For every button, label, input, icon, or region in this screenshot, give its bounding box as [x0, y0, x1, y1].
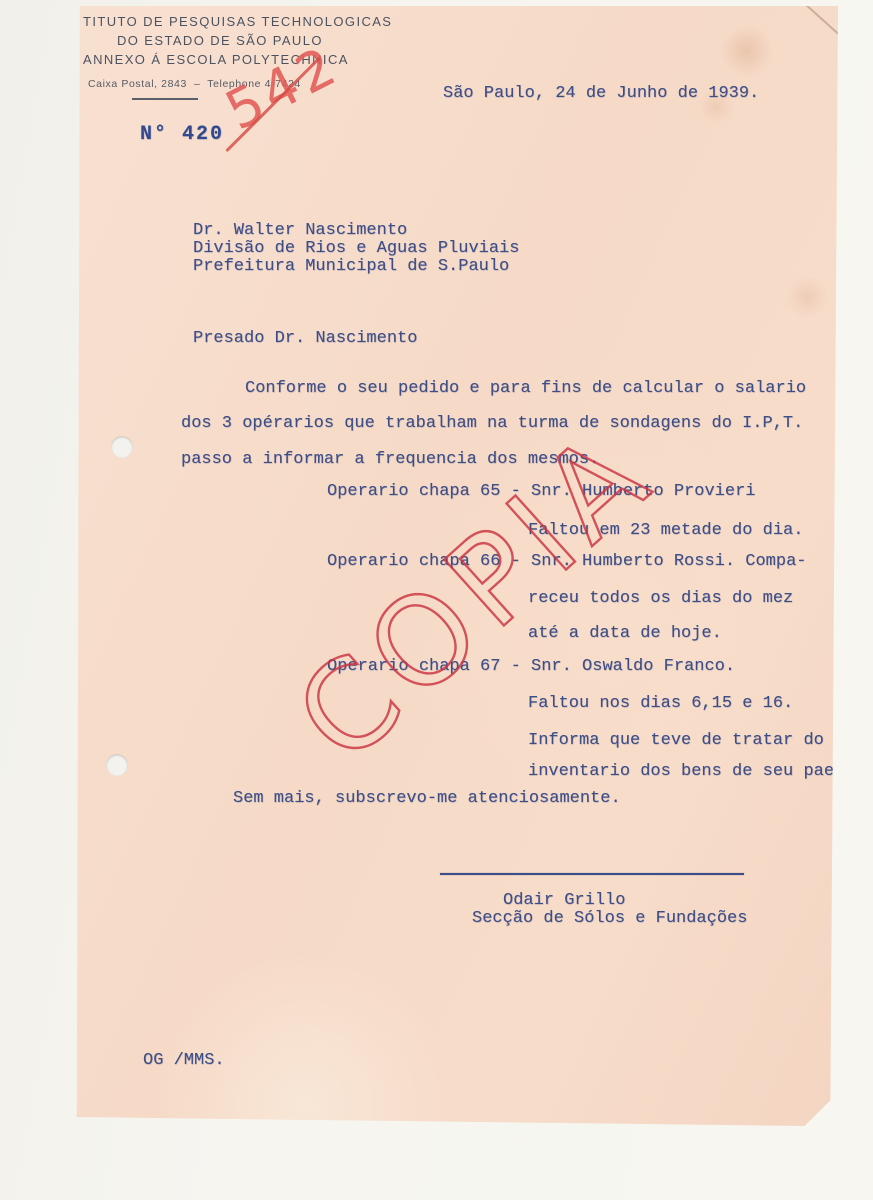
body-line-3: passo a informar a frequencia dos mesmos… [181, 451, 599, 469]
body-line-1: Conforme o seu pedido e para fins de cal… [245, 380, 806, 398]
body-line-2: dos 3 opérarios que trabalham na turma d… [181, 415, 803, 433]
worker-65-detail: Faltou em 23 metade do dia. [528, 522, 803, 540]
letter-paper: TITUTO DE PESQUISAS TECHNOLOGICAS DO EST… [76, 6, 838, 1126]
punch-hole-top [111, 436, 133, 458]
worker-66-detail: até a data de hoje. [528, 625, 722, 643]
signature-name: Odair Grillo [503, 892, 625, 910]
date-line: São Paulo, 24 de Junho de 1939. [443, 85, 759, 103]
letterhead-line2: DO ESTADO DE SÃO PAULO [117, 33, 323, 48]
signature-rule [440, 873, 744, 875]
worker-67-detail: inventario dos bens de seu pae [528, 763, 834, 781]
salutation: Presado Dr. Nascimento [193, 330, 417, 348]
letterhead-line1: TITUTO DE PESQUISAS TECHNOLOGICAS [83, 14, 392, 29]
typist-initials: OG /MMS. [143, 1052, 225, 1070]
worker-67-detail: Informa que teve de tratar do [528, 732, 824, 750]
scanner-background: TITUTO DE PESQUISAS TECHNOLOGICAS DO EST… [0, 0, 873, 1200]
worker-67-detail: Faltou nos dias 6,15 e 16. [528, 695, 793, 713]
worker-66-detail: receu todos os dias do mez [528, 590, 793, 608]
recipient-name: Dr. Walter Nascimento [193, 222, 407, 240]
signature-department: Secção de Sólos e Fundações [472, 910, 747, 928]
recipient-division: Divisão de Rios e Aguas Pluviais [193, 240, 519, 258]
fold-crease [803, 2, 840, 36]
worker-65-heading: Operario chapa 65 - Snr. Humberto Provie… [327, 483, 755, 501]
worker-66-heading: Operario chapa 66 - Snr. Humberto Rossi.… [327, 553, 806, 571]
closing-line: Sem mais, subscrevo-me atenciosamente. [233, 790, 621, 808]
letterhead-rule [132, 98, 198, 100]
recipient-organization: Prefeitura Municipal de S.Paulo [193, 258, 509, 276]
worker-67-heading: Operario chapa 67 - Snr. Oswaldo Franco. [327, 658, 735, 676]
punch-hole-bottom [106, 754, 128, 776]
reference-number: N° 420 [140, 123, 224, 146]
